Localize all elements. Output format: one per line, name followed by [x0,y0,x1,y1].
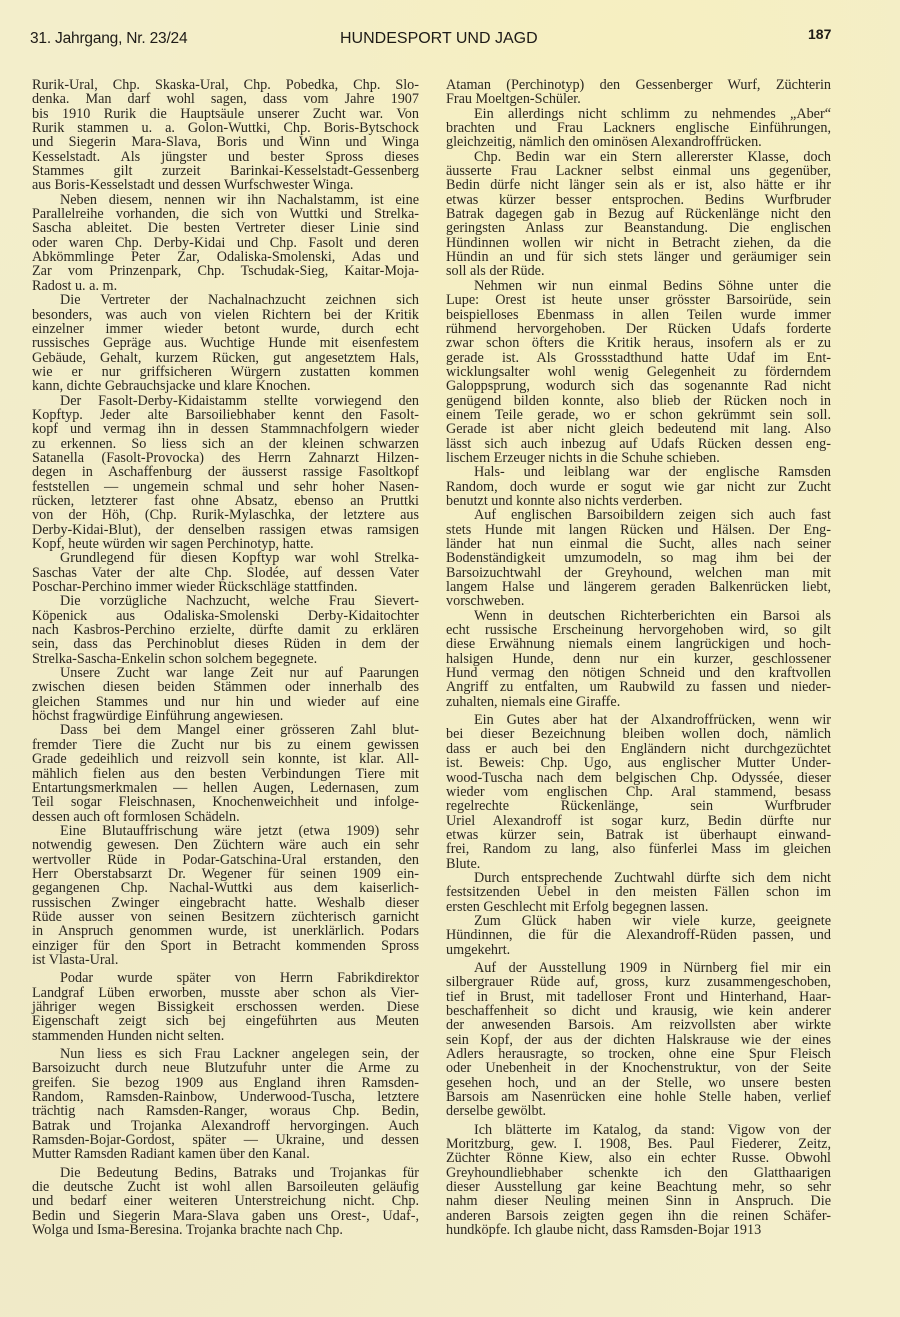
text-line: denka. Man darf wohl sagen, dass vom Jah… [32,92,419,106]
journal-title: HUNDESPORT UND JAGD [340,30,538,48]
text-line: sein Kopf, der aus der dichten Halskraus… [446,1033,831,1047]
text-line: Die Vertreter der Nachalnachzucht zeichn… [32,293,419,307]
text-line: gegangenen Chp. Nachal-Wuttki aus dem ka… [32,881,419,895]
text-line: hundköpfe. Ich glaube nicht, dass Ramsde… [446,1223,831,1237]
text-line: Sascha ableitet. Die besten Vertreter di… [32,221,419,235]
text-line: soll als der Rüde. [446,264,831,278]
text-line: Derby-Kidai-Blut), der denselben rassige… [32,523,419,537]
text-line: Greyhoundliebhaber schenkte ich den Glat… [446,1166,831,1180]
text-line: Rüde ausser von seinen Besitzern züchter… [32,910,419,924]
text-line: etwas kürzer besser entsprochen. Bedins … [446,193,831,207]
text-line: Hals- und leiblang war der englische Ram… [446,465,831,479]
text-line: Poschar-Perchino immer wieder Rückschläg… [32,580,419,594]
text-line: umgekehrt. [446,943,831,957]
text-line: nahm dieser Neuling meinen Sinn in Anspr… [446,1194,831,1208]
paragraph: Auf der Ausstellung 1909 in Nürnberg fie… [446,961,831,1119]
text-line: zwar schon öfters die Kritik heraus, ins… [446,336,831,350]
text-line: äusserte Frau Lackner selbst einmal uns … [446,164,831,178]
running-header: 31. Jahrgang, Nr. 23/24 HUNDESPORT UND J… [30,30,830,54]
text-line: rücken, letzterer fast ohne Absatz, eben… [32,494,419,508]
text-line: in Anspruch genommen wurde, ist unerklär… [32,924,419,938]
text-line: langem Halse und längerem geraden Balken… [446,580,831,594]
text-line: degen in Aschaffenburg der äusserst rass… [32,465,419,479]
text-line: Zum Glück haben wir viele kurze, geeigne… [446,914,831,928]
text-line: Chp. Bedin war ein Stern allererster Kla… [446,150,831,164]
text-line: Wolga und Isma-Beresina. Trojanka bracht… [32,1223,419,1237]
text-line: Gerade ist aber nicht gleich bedeutend m… [446,422,831,436]
paragraph: Nun liess es sich Frau Lackner angelegen… [32,1047,419,1162]
text-line: Hündinnen wollen wir nicht in Betracht z… [446,236,831,250]
paragraph: Grundlegend für diesen Kopftyp war wohl … [32,551,419,594]
text-line: Entartungsmerkmalen — hellen Augen, Lede… [32,781,419,795]
text-line: Parallelreihe vorhanden, die sich von Wu… [32,207,419,221]
text-line: Angriff zu entfalten, um Raubwild zu fas… [446,680,831,694]
text-line: Lupe: Orest ist heute unser grösster Bar… [446,293,831,307]
paragraph: Dass bei dem Mangel einer grösseren Zahl… [32,723,419,823]
text-line: vorschweben. [446,594,831,608]
paragraph: Ataman (Perchinotyp) den Gessenberger Wu… [446,78,831,107]
text-line: wicklungsalter wohl wenig Gelegenheit zu… [446,365,831,379]
text-line: bis 1910 Rurik die Hauptsäule unserer Zu… [32,107,419,121]
text-line: Strelka-Sascha-Enkelin schon solchem beg… [32,652,419,666]
text-line: sein, dass das Perchinoblut dieses Rüden… [32,637,419,651]
paragraph: Nehmen wir nun einmal Bedins Söhne unter… [446,279,831,465]
text-line: wieder vom englischen Chp. Aral stammend… [446,785,831,799]
text-line: stets Hunde mit langen Rücken und Hälsen… [446,523,831,537]
paragraph: Chp. Bedin war ein Stern allererster Kla… [446,150,831,279]
text-line: Gebäude, Gehalt, kurzem Rücken, gut ange… [32,351,419,365]
text-line: Herr Oberstabsarzt Dr. Wegener für seine… [32,867,419,881]
text-line: russisches Gepräge aus. Wuchtige Hunde m… [32,336,419,350]
paragraph: Die vorzügliche Nachzucht, welche Frau S… [32,594,419,666]
text-line: und bedarf einer weiteren Unterstreichun… [32,1194,419,1208]
text-line: Kesselstadt. Als jüngster und bester Spr… [32,150,419,164]
text-line: benutzt und konnte also nichts verderben… [446,494,831,508]
text-line: notwendig gewesen. Den Züchtern wäre auc… [32,838,419,852]
text-line: Batrak dagegen gab in Bezug auf Rückenlä… [446,207,831,221]
text-line: Podar wurde später von Herrn Fabrikdirek… [32,971,419,985]
text-line: Radost u. a. m. [32,279,419,293]
text-line: Ein allerdings nicht schlimm zu nehmende… [446,107,831,121]
text-line: gesehen hoch, und an der Stelle, wo unse… [446,1076,831,1090]
text-line: oder Unebenheit in der Knochenstruktur, … [446,1061,831,1075]
text-line: einzelner immer wieder betont wurde, dur… [32,322,419,336]
text-line: wie er nur griffsicheren Würgern zustatt… [32,365,419,379]
text-line: greifen. Sie bezog 1909 aus England ihre… [32,1076,419,1090]
text-line: etwas kürzer sein, Batrak ist überhaupt … [446,828,831,842]
text-line: zuhalten, niemals eine Giraffe. [446,695,831,709]
text-line: echt russische Erscheinung hervorgehoben… [446,623,831,637]
text-line: Hündin an und für sich stets länger und … [446,250,831,264]
text-line: Stammes gilt zurzeit Barinkai-Kesselstad… [32,164,419,178]
text-line: Barsoizuchtwahl der Greyhound, welchen m… [446,566,831,580]
text-line: frei, Random zu lang, also fünferlei Mas… [446,842,831,856]
text-line: Satanella (Fasolt-Provocka) des Herrn Za… [32,451,419,465]
paragraph: Auf englischen Barsoibildern zeigen sich… [446,508,831,608]
text-line: derselbe gewölbt. [446,1104,831,1118]
text-line: genügend bilden konnte, also blieb der R… [446,394,831,408]
text-line: russischen Zwinger eingebracht hatte. We… [32,896,419,910]
text-line: Grade gedeihlich und reizvoll sein konnt… [32,752,419,766]
text-line: Uriel Alexandroff ist sogar kurz, Bedin … [446,814,831,828]
text-line: einem Teile gerade, wo er schon gekrümmt… [446,408,831,422]
paragraph: Wenn in deutschen Richterberichten ein B… [446,609,831,709]
text-line: gleichzeitig, nämlich den ominösen Alexa… [446,135,831,149]
text-line: lischem Erzeuger nichts in die Schuhe sc… [446,451,831,465]
text-line: höchst fragwürdige Einführung angewiesen… [32,709,419,723]
text-line: Galoppsprung, wodurch sich das sogenannt… [446,379,831,393]
text-line: jähriger wegen Bissigkeit erschossen wer… [32,1000,419,1014]
text-line: aus Boris-Kesselstadt und dessen Wurfsch… [32,178,419,192]
text-line: länder hat nun einmal die Sucht, alles n… [446,537,831,551]
text-line: tief in Brust, mit tadelloser Front und … [446,990,831,1004]
text-line: Köpenick aus Odaliska-Smolenski Derby-Ki… [32,609,419,623]
text-line: Dass bei dem Mangel einer grösseren Zahl… [32,723,419,737]
text-line: Neben diesem, nennen wir ihn Nachalstamm… [32,193,419,207]
text-line: zu erkennen. So liess sich an der kleine… [32,437,419,451]
text-line: die deutsche Zucht ist wohl allen Barsoi… [32,1180,419,1194]
paragraph: Die Bedeutung Bedins, Batraks und Trojan… [32,1166,419,1238]
text-line: Abkömmlinge Peter Zar, Odaliska-Smolensk… [32,250,419,264]
text-line: Frau Moeltgen-Schüler. [446,92,831,106]
text-line: bei dieser Bezeichnung bleiben wollen do… [446,727,831,741]
text-line: kann, dichte Gebrauchsjacke und klare Kn… [32,379,419,393]
text-line: Nun liess es sich Frau Lackner angelegen… [32,1047,419,1061]
paragraph: Eine Blutauffrischung wäre jetzt (etwa 1… [32,824,419,967]
text-line: Adlers herausragte, so trocken, ohne ein… [446,1047,831,1061]
text-line: diese Erwähnung niemals einem langrückig… [446,637,831,651]
text-line: Landgraf Lüben erworben, musste aber sch… [32,986,419,1000]
text-line: Kopftyp. Jeder alte Barsoiliebhaber kenn… [32,408,419,422]
text-column-right: Ataman (Perchinotyp) den Gessenberger Wu… [446,78,831,1238]
text-line: gerade ist. Als Grossstadthund hatte Uda… [446,351,831,365]
text-line: stammenden Hunden nicht selten. [32,1029,419,1043]
text-line: von der Höh, (Chp. Rurik-Mylaschka, der … [32,508,419,522]
text-line: wertvoller Rüde in Podar-Gatschina-Ural … [32,853,419,867]
paragraph: Rurik-Ural, Chp. Skaska-Ural, Chp. Pobed… [32,78,419,193]
text-line: Hund vermag den nötigen Schneid und den … [446,666,831,680]
text-line: besonders, was auch von vielen Richtern … [32,308,419,322]
text-line: Rurik stammen u. a. Golon-Wuttki, Chp. B… [32,121,419,135]
text-line: Züchter Rönne Kiew, also ein echter Russ… [446,1151,831,1165]
text-line: rühmend hervorgehoben. Der Rücken Udafs … [446,322,831,336]
text-line: Der Fasolt-Derby-Kidaistamm stellte vorw… [32,394,419,408]
text-line: Bodenständigkeit umzumodeln, so mag ihm … [446,551,831,565]
volume-issue: 31. Jahrgang, Nr. 23/24 [30,30,187,48]
paragraph: Neben diesem, nennen wir ihn Nachalstamm… [32,193,419,293]
paragraph: Unsere Zucht war lange Zeit nur auf Paar… [32,666,419,723]
text-line: Ataman (Perchinotyp) den Gessenberger Wu… [446,78,831,92]
text-line: geringsten Anlass zur Beanstandung. Die … [446,221,831,235]
text-line: Teil sogar Fleischnasen, Knochenweichhei… [32,795,419,809]
text-line: feststellen — ungemein schmal und sehr h… [32,480,419,494]
text-line: regelrechte Rückenlänge, sein Wurfbruder [446,799,831,813]
text-line: ersten Geschlecht mit Erfolg begegnen la… [446,900,831,914]
text-line: Moritzburg, gew. I. 1908, Bes. Paul Fied… [446,1137,831,1151]
paragraph: Durch entsprechende Zuchtwahl dürfte sic… [446,871,831,914]
paragraph: Ich blätterte im Katalog, da stand: Vigo… [446,1123,831,1238]
text-line: Bedin und Siegerin Mara-Slava gaben uns … [32,1209,419,1223]
text-line: ist. Beweis: Chp. Ugo, aus englischer Mu… [446,756,831,770]
text-line: beispielloses Ebenmass in allen Teilen w… [446,308,831,322]
text-line: Barsoizucht durch neue Blutzufuhr unter … [32,1061,419,1075]
text-line: Zar vom Prinzenpark, Chp. Tschudak-Sieg,… [32,264,419,278]
text-line: Ramsden-Bojar-Gordost, später — Ukraine,… [32,1133,419,1147]
text-line: dass er auch bei den Engländern nicht du… [446,742,831,756]
text-line: Eine Blutauffrischung wäre jetzt (etwa 1… [32,824,419,838]
text-line: kopf und vermag ihn in dessen Stammnachf… [32,422,419,436]
text-line: Unsere Zucht war lange Zeit nur auf Paar… [32,666,419,680]
text-line: gleichen Stammes und nur hin und wieder … [32,695,419,709]
text-line: Kopf, heute würden wir sagen Perchinotyp… [32,537,419,551]
text-line: fremder Tiere die Zucht nur bis zu einem… [32,738,419,752]
text-line: Hündinnen, die für die Alexandroff-Rüden… [446,928,831,942]
text-line: brachten und Frau Lackners englische Ein… [446,121,831,135]
text-line: Nehmen wir nun einmal Bedins Söhne unter… [446,279,831,293]
paragraph: Die Vertreter der Nachalnachzucht zeichn… [32,293,419,393]
text-line: Batrak und Trojanka Alexandroff hervorgi… [32,1119,419,1133]
text-line: festsitzenden Uebel in den meisten Fälle… [446,885,831,899]
text-line: Rurik-Ural, Chp. Skaska-Ural, Chp. Pobed… [32,78,419,92]
text-line: dessen auch oft formlosen Schädeln. [32,810,419,824]
paragraph: Podar wurde später von Herrn Fabrikdirek… [32,971,419,1043]
text-line: Mutter Ramsden Radiant kamen über den Ka… [32,1147,419,1161]
text-line: Blute. [446,857,831,871]
text-line: mählich fielen aus den besten Verbindung… [32,767,419,781]
text-line: ist Vlasta-Ural. [32,953,419,967]
text-line: zwischen diesen beiden Stämmen oder inne… [32,680,419,694]
text-line: trächtig nach Ramsden-Ranger, woraus Chp… [32,1104,419,1118]
text-line: Saschas Vater der alte Chp. Slodée, auf … [32,566,419,580]
text-line: dieser Ausstellung gar keine Beachtung m… [446,1180,831,1194]
paragraph: Ein Gutes aber hat der Alxandroffrücken,… [446,713,831,871]
text-line: Durch entsprechende Zuchtwahl dürfte sic… [446,871,831,885]
text-line: silbergrauer Rüde auf, gross, kurz zusam… [446,975,831,989]
text-line: Barsois am Nasenrücken eine hohle Stelle… [446,1090,831,1104]
text-line: Ich blätterte im Katalog, da stand: Vigo… [446,1123,831,1137]
text-line: beschaffenheit so dicht und krausig, wie… [446,1004,831,1018]
paragraph: Ein allerdings nicht schlimm zu nehmende… [446,107,831,150]
text-line: Grundlegend für diesen Kopftyp war wohl … [32,551,419,565]
page-number: 187 [808,26,831,42]
text-line: der anwesenden Barsois. Am reizvollsten … [446,1018,831,1032]
paragraph: Zum Glück haben wir viele kurze, geeigne… [446,914,831,957]
paragraph: Der Fasolt-Derby-Kidaistamm stellte vorw… [32,394,419,552]
text-line: lässt sich auch inbezug auf Udafs Rücken… [446,437,831,451]
text-line: Random, doch wurde er sogut wie gar nich… [446,480,831,494]
text-line: und Siegerin Mara-Slava, Boris und Winn … [32,135,419,149]
text-line: Bedin dürfe nicht länger sein als er ist… [446,178,831,192]
text-column-left: Rurik-Ural, Chp. Skaska-Ural, Chp. Pobed… [32,78,419,1238]
text-line: Die Bedeutung Bedins, Batraks und Trojan… [32,1166,419,1180]
text-line: Wenn in deutschen Richterberichten ein B… [446,609,831,623]
text-line: wood-Tuscha nach dem belgischen Chp. Ody… [446,771,831,785]
text-line: einziger für den Sport in Betracht komme… [32,939,419,953]
text-line: oder waren Chp. Derby-Kidai und Chp. Fas… [32,236,419,250]
text-line: anderen Barsois zeigten gegen ihn die re… [446,1209,831,1223]
text-line: Auf englischen Barsoibildern zeigen sich… [446,508,831,522]
text-line: Ein Gutes aber hat der Alxandroffrücken,… [446,713,831,727]
paragraph: Hals- und leiblang war der englische Ram… [446,465,831,508]
text-line: halsigen Hunde, denn nur ein kurzer, ges… [446,652,831,666]
text-line: nach Kasbros-Perchino erzielte, dürfte d… [32,623,419,637]
text-line: Auf der Ausstellung 1909 in Nürnberg fie… [446,961,831,975]
text-line: Random, Ramsden-Rainbow, Underwood-Tusch… [32,1090,419,1104]
text-line: Die vorzügliche Nachzucht, welche Frau S… [32,594,419,608]
text-line: Eigenschaft zeigt sich bej eingeführten … [32,1014,419,1028]
